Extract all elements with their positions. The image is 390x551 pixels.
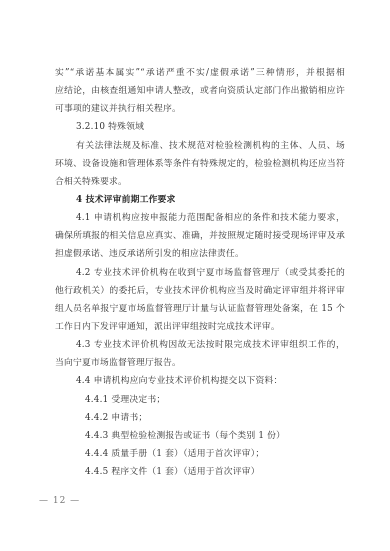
text-line: 环境、设备设施和管理体系等条件有特殊规定的，检验检测机构还应当符 bbox=[55, 155, 345, 173]
heading-line: 4 技术评审前期工作要求 bbox=[55, 191, 345, 209]
text-line: 4.4.5 程序文件（1 套）（适用于首次评审） bbox=[55, 463, 345, 481]
text-line: 4.4.2 申请书； bbox=[55, 409, 345, 427]
text-line: 有关法律法规及标准、技术规范对检验检测机构的主体、人员、场所 bbox=[55, 137, 345, 155]
text-line: 担虚假承诺、违反承诺所引发的相应法律责任。 bbox=[55, 245, 345, 263]
heading-line: 3.2.10 特殊领域 bbox=[55, 118, 345, 136]
text-line: 4.1 申请机构应按申报能力范围配备相应的条件和技术能力要求，应 bbox=[55, 209, 345, 227]
text-line: 4.2 专业技术评价机构在收到宁夏市场监督管理厅（或受其委托的其 bbox=[55, 264, 345, 282]
text-line: 应结论，由核查组通知申请人整改，或者向资质认定部门作出撤销相应许 bbox=[55, 82, 345, 100]
text-line: 合相关特殊要求。 bbox=[55, 173, 345, 191]
page-number: — 12 — bbox=[39, 494, 80, 508]
text-line: 4.4.3 典型检验检测报告或证书（每个类别 1 份） bbox=[55, 427, 345, 445]
text-line: 4.4 申请机构应向专业技术评价机构提交以下资料： bbox=[55, 372, 345, 390]
text-line: 4.4.1 受理决定书； bbox=[55, 391, 345, 409]
text-line: 实”“承诺基本属实”“承诺严重不实/虚假承诺”三种情形，并根据相 bbox=[55, 64, 345, 82]
text-line: 工作日内下发评审通知，派出评审组按时完成技术评审。 bbox=[55, 318, 345, 336]
document-body: 实”“承诺基本属实”“承诺严重不实/虚假承诺”三种情形，并根据相应结论，由核查组… bbox=[55, 64, 345, 481]
text-line: 4.4.4 质量手册（1 套）（适用于首次评审）； bbox=[55, 445, 345, 463]
text-line: 组人员名单报宁夏市场监督管理厅计量与认证监督管理处备案，在 15 个 bbox=[55, 300, 345, 318]
text-line: 他行政机关）的委托后，专业技术评价机构应当及时确定评审组并将评审 bbox=[55, 282, 345, 300]
text-line: 4.3 专业技术评价机构因故无法按时限完成技术评审组织工作的，应 bbox=[55, 336, 345, 354]
text-line: 可事项的建议并执行相关程序。 bbox=[55, 100, 345, 118]
text-line: 确保所填报的相关信息应真实、准确，并按照规定随时接受现场评审及承 bbox=[55, 227, 345, 245]
document-page: 实”“承诺基本属实”“承诺严重不实/虚假承诺”三种情形，并根据相应结论，由核查组… bbox=[0, 0, 390, 551]
text-line: 当向宁夏市场监督管理厅报告。 bbox=[55, 354, 345, 372]
